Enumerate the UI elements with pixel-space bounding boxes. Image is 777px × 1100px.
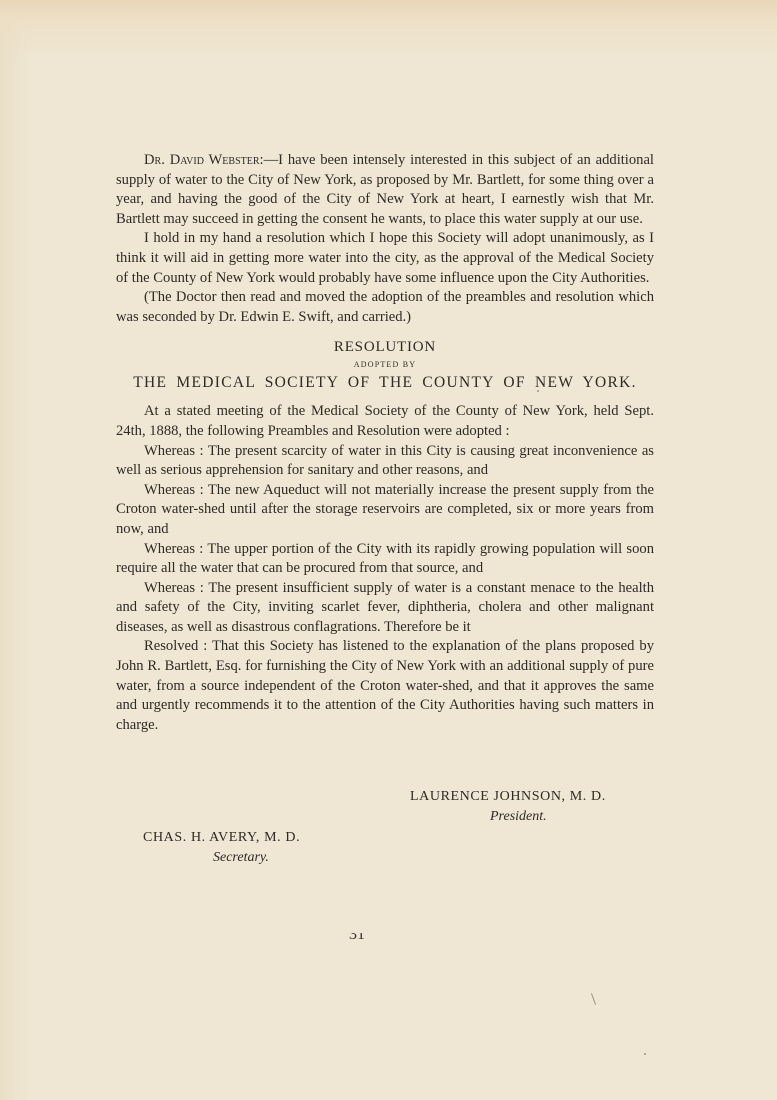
- president-name: LAURENCE JOHNSON, M. D.: [410, 789, 606, 804]
- secretary-name: CHAS. H. AVERY, M. D.: [143, 830, 300, 845]
- society-heading: THE MEDICAL SOCIETY OF THE COUNTY OF NEW…: [116, 372, 654, 394]
- paper-speck: [644, 1053, 646, 1055]
- whereas-3: Whereas : The upper portion of the City …: [116, 540, 654, 579]
- text-column: Dr. David Webster:—I have been intensely…: [116, 151, 654, 735]
- resolution-subtitle: ADOPTED BY: [116, 358, 654, 372]
- intro-paragraph-3: (The Doctor then read and moved the adop…: [116, 288, 654, 327]
- president-signature: LAURENCE JOHNSON, M. D. President.: [410, 787, 650, 827]
- page-number: 31: [349, 933, 369, 945]
- paper-mark: [591, 993, 596, 1005]
- document-page: Dr. David Webster:—I have been intensely…: [0, 0, 777, 1100]
- president-title: President.: [410, 807, 650, 827]
- intro-paragraph-2: I hold in my hand a resolution which I h…: [116, 229, 654, 288]
- whereas-2: Whereas : The new Aqueduct will not mate…: [116, 481, 654, 540]
- whereas-1: Whereas : The present scarcity of water …: [116, 442, 654, 481]
- paper-speck: [537, 390, 539, 392]
- secretary-title: Secretary.: [143, 848, 383, 868]
- speaker-name: Dr. David Webster: [144, 152, 260, 168]
- whereas-4: Whereas : The present insufficient suppl…: [116, 579, 654, 638]
- resolution-title: RESOLUTION: [116, 337, 654, 357]
- intro-paragraph-1: Dr. David Webster:—I have been intensely…: [116, 151, 654, 229]
- resolved: Resolved : That this Society has listene…: [116, 637, 654, 735]
- secretary-signature: CHAS. H. AVERY, M. D. Secretary.: [143, 828, 383, 868]
- speaker-suffix: :—: [260, 152, 279, 168]
- resolution-preamble: At a stated meeting of the Medical Socie…: [116, 402, 654, 441]
- paper-speck: [457, 413, 459, 415]
